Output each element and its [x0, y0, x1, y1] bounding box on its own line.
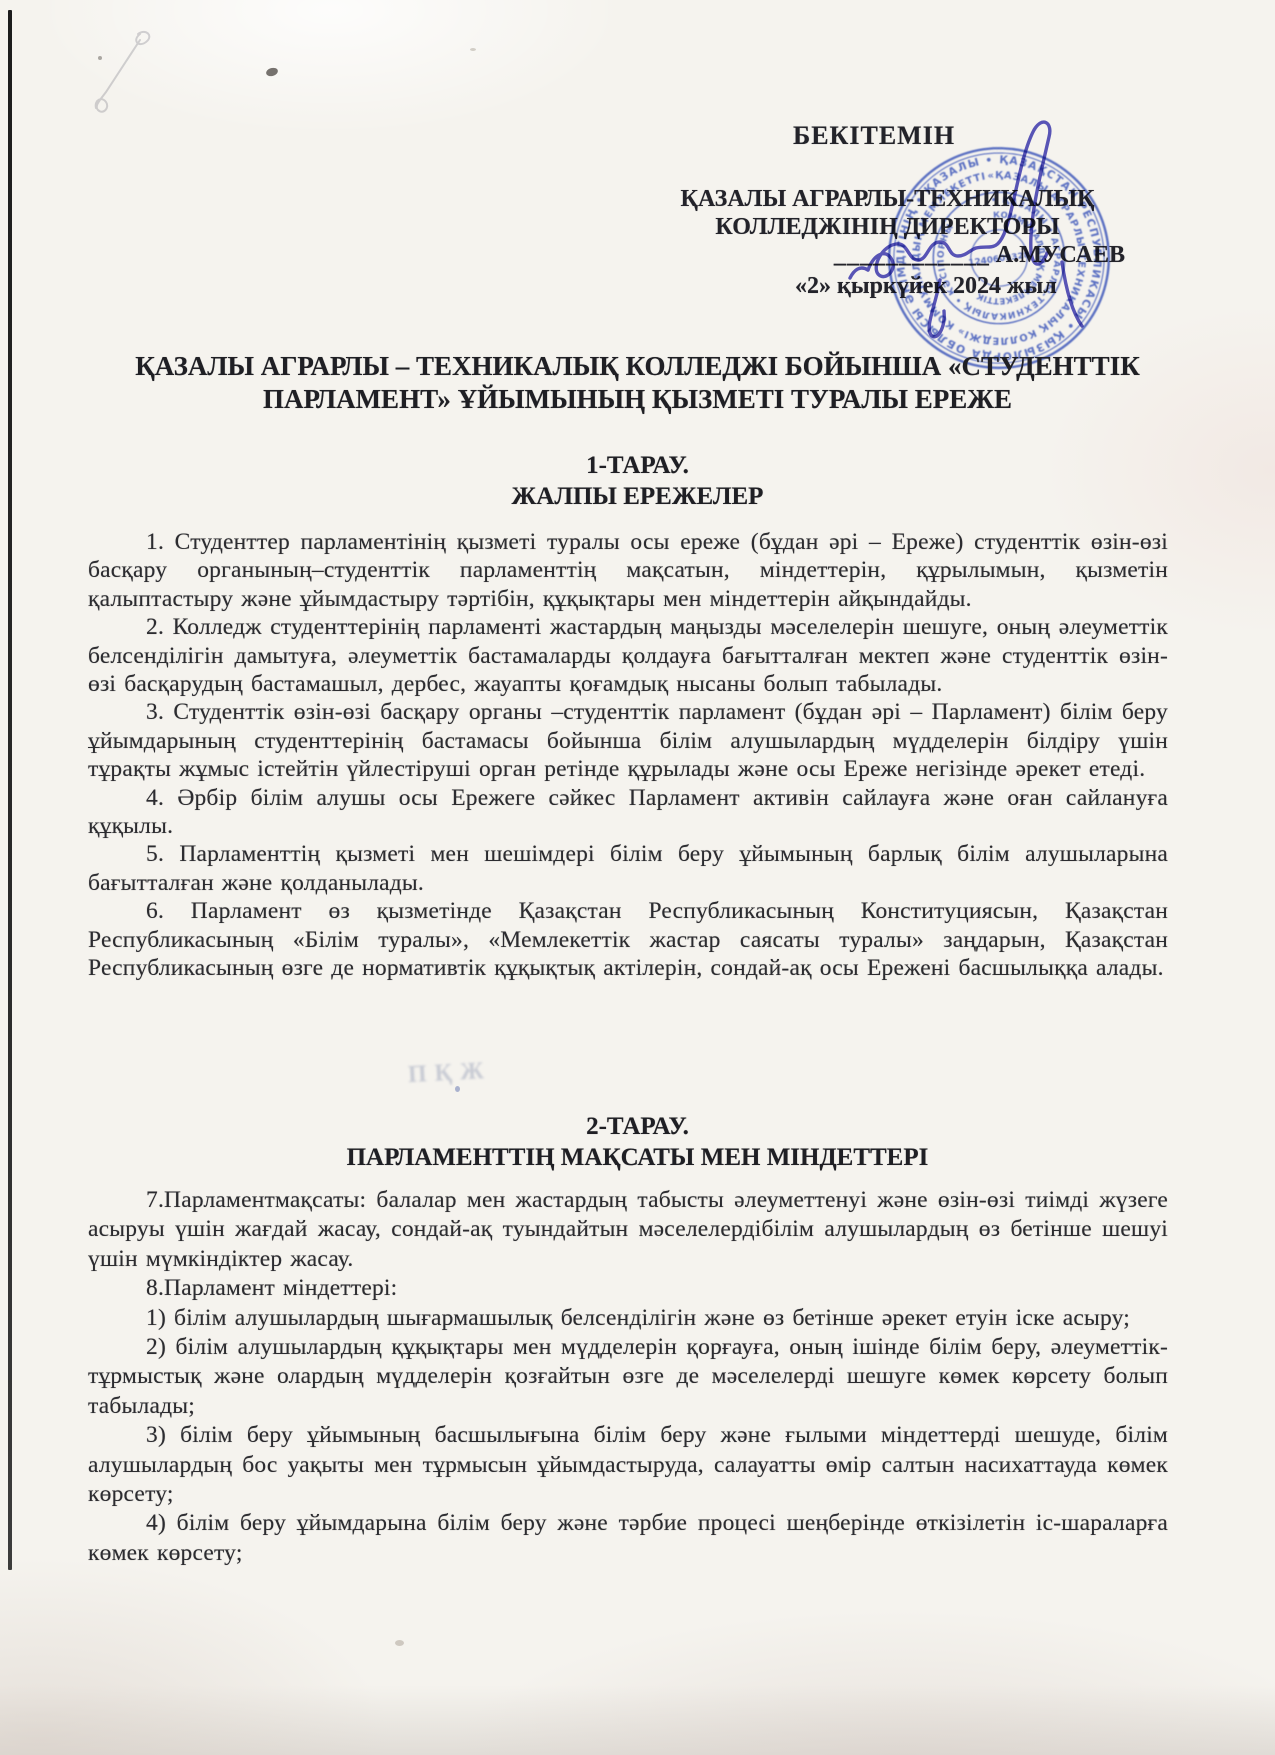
chapter-2-heading: 2-ТАРАУ. ПАРЛАМЕНТТІҢ МАҚСАТЫ МЕН МІНДЕТ… — [75, 1111, 1200, 1173]
paragraph-5: 5. Парламенттің қызметі мен шешімдері бі… — [88, 840, 1168, 897]
paragraph-1: 1. Студенттер парламентінің қызметі тура… — [88, 528, 1168, 613]
scan-speck — [455, 1086, 460, 1092]
chapter-1-number: 1-ТАРАУ. — [75, 450, 1200, 481]
signature — [828, 98, 1148, 368]
scan-speck — [395, 1640, 404, 1646]
chapter-1-title: ЖАЛПЫ ЕРЕЖЕЛЕР — [75, 481, 1200, 512]
list-item-1: 1) білім алушылардың шығармашылық белсен… — [88, 1304, 1168, 1333]
paragraph-2: 2. Колледж студенттерінің парламенті жас… — [88, 613, 1168, 698]
paragraph-6: 6. Парламент өз қызметінде Қазақстан Рес… — [88, 897, 1168, 982]
paragraph-4: 4. Әрбір білім алушы осы Ережеге сәйкес … — [88, 784, 1168, 841]
scanned-document-page: БЕКІТЕМІН ҚАЗАЛЫ АГРАРЛЫ-ТЕХНИКАЛЫҚ КОЛЛ… — [0, 0, 1275, 1755]
pencil-scribble — [80, 20, 200, 160]
scan-speck — [470, 48, 476, 51]
paragraph-3: 3. Студенттік өзін-өзі басқару органы –с… — [88, 698, 1168, 783]
chapter-1-body: 1. Студенттер парламентінің қызметі тура… — [88, 528, 1168, 983]
chapter-2-number: 2-ТАРАУ. — [75, 1111, 1200, 1142]
document-title-line2: ПАРЛАМЕНТ» ҰЙЫМЫНЫҢ ҚЫЗМЕТІ ТУРАЛЫ ЕРЕЖЕ — [75, 383, 1200, 416]
list-item-3: 3) білім беру ұйымының басшылығына білім… — [88, 1421, 1168, 1509]
ghost-stamp-remnant: ПҚЖ — [407, 1058, 492, 1089]
scan-edge-line — [8, 10, 12, 1570]
chapter-1-heading: 1-ТАРАУ. ЖАЛПЫ ЕРЕЖЕЛЕР — [75, 450, 1200, 512]
scan-speck — [265, 67, 279, 78]
paragraph-7: 7.Парламентмақсаты: балалар мен жастарды… — [88, 1186, 1168, 1274]
list-item-2: 2) білім алушылардың құқықтары мен мүдде… — [88, 1333, 1168, 1421]
paragraph-8: 8.Парламент міндеттері: — [88, 1274, 1168, 1303]
chapter-2-title: ПАРЛАМЕНТТІҢ МАҚСАТЫ МЕН МІНДЕТТЕРІ — [75, 1142, 1200, 1173]
document-title-line1: ҚАЗАЛЫ АГРАРЛЫ – ТЕХНИКАЛЫҚ КОЛЛЕДЖІ БОЙ… — [75, 350, 1200, 383]
chapter-2-body: 7.Парламентмақсаты: балалар мен жастарды… — [88, 1186, 1168, 1568]
document-title: ҚАЗАЛЫ АГРАРЛЫ – ТЕХНИКАЛЫҚ КОЛЛЕДЖІ БОЙ… — [75, 350, 1200, 416]
list-item-4: 4) білім беру ұйымдарына білім беру және… — [88, 1509, 1168, 1568]
